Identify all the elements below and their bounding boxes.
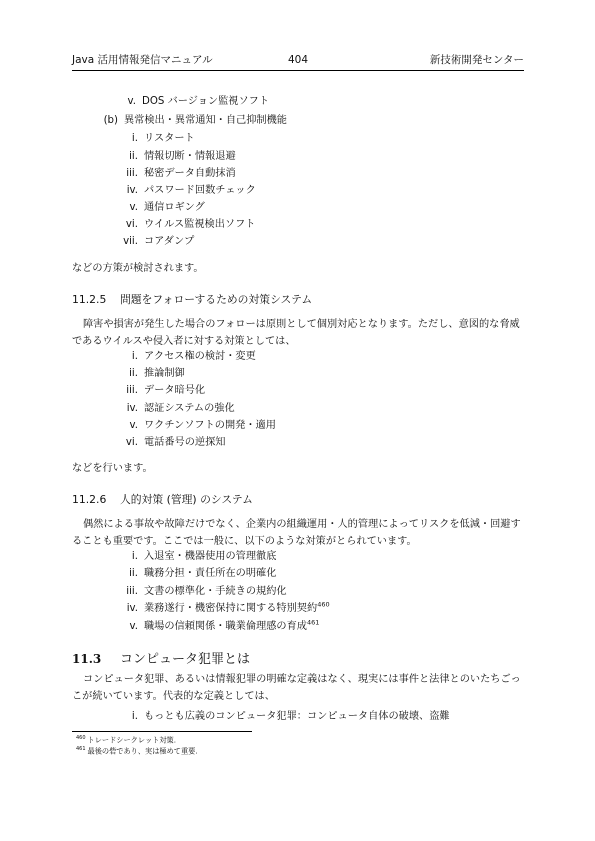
list-item-label: iii.	[112, 384, 138, 398]
list-item-label: i.	[112, 710, 138, 724]
list-item-text: ウイルス監視検出ソフト	[144, 219, 255, 230]
footnote: 461最後の砦であり、実は極めて重要.	[76, 744, 198, 756]
list-item-label: v.	[112, 419, 138, 433]
list-item-label: vi.	[112, 436, 138, 450]
paragraph: 障害や損害が発生した場合のフォローは原則として個別対応となります。ただし、意図的…	[72, 316, 524, 350]
section-number: 11.2.5	[72, 293, 120, 307]
section-number: 11.2.6	[72, 493, 120, 507]
list-item: iii.文書の標準化・手続きの規約化	[112, 585, 287, 599]
list-item-text: 入退室・機器使用の管理徹底	[144, 551, 276, 562]
list-item-text: 電話番号の逆探知	[144, 437, 226, 448]
list-item-label: iv.	[112, 184, 138, 198]
list-item-label: iv.	[112, 602, 138, 616]
list-item-text: もっとも広義のコンピュータ犯罪：コンピュータ自体の破壊、盗難	[144, 711, 450, 722]
list-item-text: リスタート	[144, 133, 195, 144]
list-item-label: ii.	[112, 567, 138, 581]
footnote-ref[interactable]: 461	[307, 619, 319, 627]
list-item-label: i.	[112, 132, 138, 146]
list-item-label: v.	[106, 95, 136, 109]
header-organization: 新技術開発センター	[430, 52, 524, 68]
list-item: iii.秘密データ自動抹消	[112, 167, 236, 181]
section-heading: 11.3コンピュータ犯罪とは	[72, 652, 250, 667]
list-item-text: パスワード回数チェック	[144, 185, 256, 196]
list-item: i.アクセス権の検討・変更	[112, 350, 256, 364]
list-item-label: v.	[112, 620, 138, 634]
list-item-text: データ暗号化	[144, 385, 205, 396]
list-item: iv.パスワード回数チェック	[112, 184, 256, 198]
list-item: v.DOS バージョン監視ソフト	[106, 95, 269, 109]
paragraph: コンピュータ犯罪、あるいは情報犯罪の明確な定義はなく、現実には事件と法律とのいた…	[72, 671, 524, 705]
section-heading: 11.2.5問題をフォローするための対策システム	[72, 293, 312, 307]
list-item-label: vi.	[112, 218, 138, 232]
list-item-text: 通信ロギング	[144, 202, 205, 213]
list-item-label: iii.	[112, 585, 138, 599]
running-header: Java 活用情報発信マニュアル 404 新技術開発センター	[72, 52, 524, 71]
list-item: ii.情報切断・情報退避	[112, 150, 236, 164]
footnote-ref[interactable]: 460	[317, 601, 329, 609]
list-item-text: 情報切断・情報退避	[144, 151, 236, 162]
list-item-label: i.	[112, 550, 138, 564]
list-item-label: (b)	[78, 114, 118, 128]
section-heading: 11.2.6人的対策 (管理) のシステム	[72, 493, 253, 507]
list-item: iv.業務遂行・機密保持に関する特別契約460	[112, 602, 330, 616]
list-item-label: i.	[112, 350, 138, 364]
list-item: i.入退室・機器使用の管理徹底	[112, 550, 276, 564]
list-item: vi.ウイルス監視検出ソフト	[112, 218, 255, 232]
section-title: コンピュータ犯罪とは	[120, 652, 250, 667]
list-item-label: iv.	[112, 402, 138, 416]
footnote-mark: 460	[76, 735, 86, 741]
list-item-text: ワクチンソフトの開発・適用	[144, 420, 276, 431]
list-item-text: 認証システムの強化	[144, 403, 235, 414]
list-item-label: ii.	[112, 367, 138, 381]
list-item: iii.データ暗号化	[112, 384, 205, 398]
list-item-label: v.	[112, 201, 138, 215]
list-item-text: アクセス権の検討・変更	[144, 351, 256, 362]
section-number: 11.3	[72, 652, 120, 666]
list-item-text: 業務遂行・機密保持に関する特別契約	[144, 603, 317, 614]
section-title: 人的対策 (管理) のシステム	[120, 493, 253, 506]
list-item-text: DOS バージョン監視ソフト	[142, 96, 269, 107]
list-item-label: iii.	[112, 167, 138, 181]
list-item: v.通信ロギング	[112, 201, 205, 215]
list-item: i.もっとも広義のコンピュータ犯罪：コンピュータ自体の破壊、盗難	[112, 710, 450, 724]
list-item-text: 異常検出・異常通知・自己抑制機能	[124, 115, 287, 126]
list-item: i.リスタート	[112, 132, 195, 146]
list-item-text: 推論制御	[144, 368, 185, 379]
list-item: vii.コアダンプ	[112, 235, 194, 249]
footnote-rule	[72, 731, 252, 732]
section-title: 問題をフォローするための対策システム	[120, 293, 312, 306]
list-item: v.職場の信頼関係・職業倫理感の育成461	[112, 620, 319, 634]
list-item: ii.職務分担・責任所在の明確化	[112, 567, 276, 581]
list-item-text: 秘密データ自動抹消	[144, 168, 236, 179]
list-item-label: vii.	[112, 235, 138, 249]
list-item: ii.推論制御	[112, 367, 185, 381]
list-item-label: ii.	[112, 150, 138, 164]
closing-text: などの方策が検討されます。	[72, 262, 204, 276]
list-item-text: コアダンプ	[144, 236, 194, 247]
list-item: vi.電話番号の逆探知	[112, 436, 226, 450]
list-item: iv.認証システムの強化	[112, 402, 235, 416]
list-item-text: 職場の信頼関係・職業倫理感の育成	[144, 621, 307, 632]
list-item-text: 文書の標準化・手続きの規約化	[144, 586, 287, 597]
footnote-text: 最後の砦であり、実は極めて重要.	[88, 746, 198, 755]
list-item: v.ワクチンソフトの開発・適用	[112, 419, 276, 433]
list-item: (b)異常検出・異常通知・自己抑制機能	[78, 114, 287, 128]
paragraph: 偶然による事故や故障だけでなく、企業内の組織運用・人的管理によってリスクを低減・…	[72, 516, 524, 550]
closing-text: などを行います。	[72, 462, 153, 476]
footnote-mark: 461	[76, 746, 86, 752]
list-item-text: 職務分担・責任所在の明確化	[144, 568, 276, 579]
